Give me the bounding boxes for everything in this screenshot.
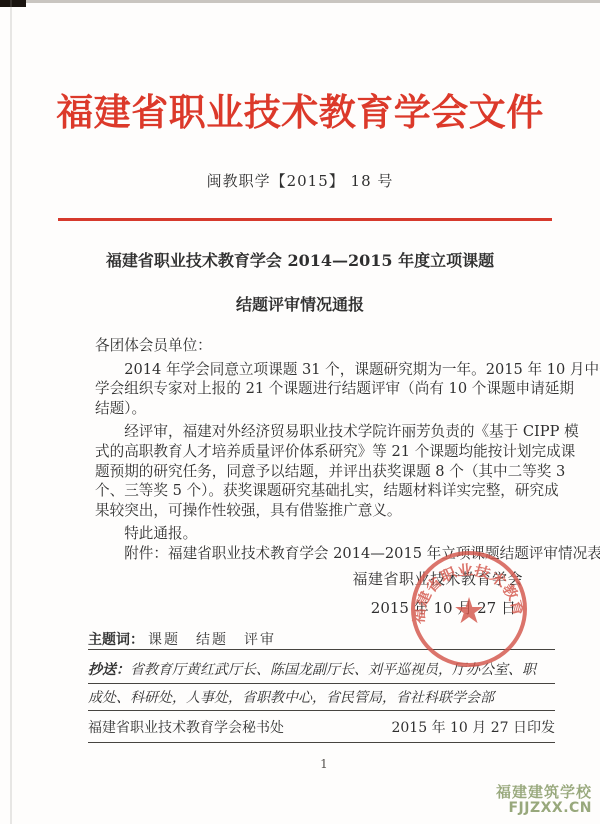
scan-edge-corner (0, 0, 26, 7)
red-header-title: 福建省职业技术教育学会文件 (0, 82, 600, 136)
document-title-line1: 福建省职业技术教育学会 2014—2015 年度立项课题 (0, 248, 600, 271)
cc-line1: 省教育厅黄红武厅长、陈国龙副厅长、刘平巡视员，厅办公室、职 (130, 662, 536, 678)
body-line: 个、三等奖 5 个）。获奖课题研究基础扎实，结题材料详实完整，研究成 (95, 481, 557, 501)
print-date: 2015 年 10 月 27 日印发 (391, 717, 555, 742)
cc-row-1: 抄送：省教育厅黄红武厅长、陈国龙副厅长、刘平巡视员，厅办公室、职 (88, 655, 555, 684)
body-line: 经评审，福建对外经济贸易职业技术学院许丽芳负责的《基于 CIPP 模 (95, 422, 557, 442)
scan-edge-strip (0, 0, 600, 3)
cc-label: 抄送： (88, 662, 130, 678)
body-line: 结题）。 (95, 399, 557, 419)
watermark-domain: FJJZXX.CN (496, 800, 592, 816)
signature-date: 2015 年 10 月 27 日 (371, 597, 516, 618)
document-number: 闽教职学【2015】 18 号 (0, 170, 600, 191)
cc-line2: 成处、科研处，人事处，省职教中心，省民管局，省社科联学会部 (88, 690, 494, 706)
document-page: 福建省职业技术教育学会文件 闽教职学【2015】 18 号 福建省职业技术教育学… (0, 0, 600, 824)
site-watermark: 福建建筑学校 FJJZXX.CN (496, 784, 592, 816)
attachment-line: 附件：福建省职业技术教育学会 2014—2015 年立项课题结题评审情况表 (95, 544, 557, 564)
body-line: 2014 年学会同意立项课题 31 个，课题研究期为一年。2015 年 10 月… (95, 360, 557, 380)
signature-organization: 福建省职业技术教育学会 (352, 568, 523, 589)
red-separator-rule (58, 218, 552, 221)
page-number: 1 (0, 757, 600, 771)
closing-line: 特此通报。 (95, 524, 557, 544)
cc-row-2: 成处、科研处，人事处，省职教中心，省民管局，省社科联学会部 (88, 684, 555, 711)
body-line: 学会组织专家对上报的 21 个课题进行结题评审（尚有 10 个课题申请延期 (95, 379, 557, 399)
keywords-row: 主题词：课题 结题 评审 (88, 629, 555, 650)
salutation: 各团体会员单位： (95, 336, 557, 356)
document-title-line2: 结题评审情况通报 (0, 292, 600, 315)
issuer-name: 福建省职业技术教育学会秘书处 (88, 717, 284, 742)
keywords-value: 课题 结题 评审 (148, 632, 276, 648)
body-line: 式的高职教育人才培养质量评价体系研究》等 21 个课题均能按计划完成课 (95, 442, 557, 462)
issuer-row: 福建省职业技术教育学会秘书处 2015 年 10 月 27 日印发 (88, 712, 555, 743)
watermark-school-name: 福建建筑学校 (496, 784, 592, 800)
document-body: 各团体会员单位： 2014 年学会同意立项课题 31 个，课题研究期为一年。20… (95, 336, 557, 564)
body-line: 题预期的研究任务，同意予以结题，并评出获奖课题 8 个（其中二等奖 3 (95, 462, 557, 482)
body-line: 果较突出，可操作性较强，具有借鉴推广意义。 (95, 501, 557, 521)
keywords-label: 主题词： (88, 632, 144, 648)
